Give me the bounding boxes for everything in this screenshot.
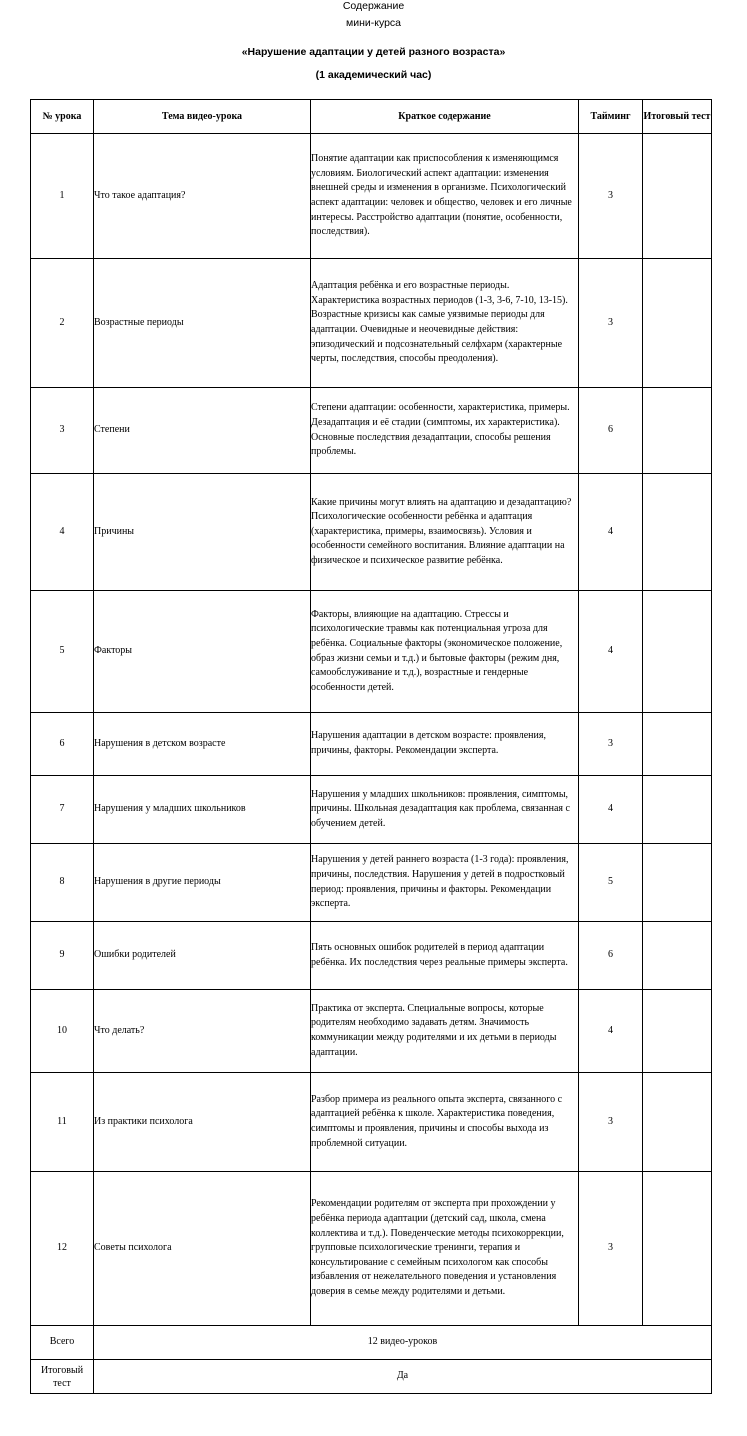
- table-row: 11Из практики психологаРазбор примера из…: [31, 1073, 712, 1172]
- lesson-summary: Нарушения адаптации в детском возрасте: …: [311, 713, 579, 776]
- table-row: 8Нарушения в другие периодыНарушения у д…: [31, 844, 712, 922]
- lesson-topic: Нарушения у младших школьников: [94, 776, 311, 844]
- table-row: 12Советы психологаРекомендации родителям…: [31, 1172, 712, 1326]
- total-row: Всего 12 видео-уроков: [31, 1326, 712, 1360]
- lesson-topic: Факторы: [94, 591, 311, 713]
- lesson-final-test: [643, 990, 712, 1073]
- lesson-number: 11: [31, 1073, 94, 1172]
- total-label: Всего: [31, 1326, 94, 1360]
- column-header-lesson-number: № урока: [31, 100, 94, 134]
- final-test-value: Да: [94, 1360, 712, 1394]
- lesson-number: 3: [31, 388, 94, 474]
- lesson-timing: 4: [579, 990, 643, 1073]
- lesson-timing: 4: [579, 776, 643, 844]
- lesson-number: 5: [31, 591, 94, 713]
- lesson-summary: Разбор примера из реального опыта экспер…: [311, 1073, 579, 1172]
- lesson-final-test: [643, 1073, 712, 1172]
- lesson-final-test: [643, 474, 712, 591]
- lesson-topic: Нарушения в детском возрасте: [94, 713, 311, 776]
- total-value: 12 видео-уроков: [94, 1326, 712, 1360]
- lesson-final-test: [643, 776, 712, 844]
- table-row: 3СтепениСтепени адаптации: особенности, …: [31, 388, 712, 474]
- final-test-label: Итоговый тест: [31, 1360, 94, 1394]
- lesson-summary: Факторы, влияющие на адаптацию. Стрессы …: [311, 591, 579, 713]
- lesson-final-test: [643, 844, 712, 922]
- table-row: 4ПричиныКакие причины могут влиять на ад…: [31, 474, 712, 591]
- lesson-number: 2: [31, 259, 94, 388]
- lesson-summary: Нарушения у младших школьников: проявлен…: [311, 776, 579, 844]
- lesson-final-test: [643, 922, 712, 990]
- lesson-number: 7: [31, 776, 94, 844]
- lesson-number: 9: [31, 922, 94, 990]
- doc-heading-line2: мини-курса: [0, 17, 747, 29]
- lesson-summary: Рекомендации родителям от эксперта при п…: [311, 1172, 579, 1326]
- lesson-topic: Из практики психолога: [94, 1073, 311, 1172]
- course-duration: (1 академический час): [0, 69, 747, 81]
- lesson-summary: Какие причины могут влиять на адаптацию …: [311, 474, 579, 591]
- lesson-timing: 4: [579, 591, 643, 713]
- table-row: 2Возрастные периодыАдаптация ребёнка и е…: [31, 259, 712, 388]
- lesson-timing: 3: [579, 259, 643, 388]
- lesson-timing: 3: [579, 1172, 643, 1326]
- lesson-final-test: [643, 388, 712, 474]
- lesson-summary: Адаптация ребёнка и его возрастные перио…: [311, 259, 579, 388]
- lesson-number: 8: [31, 844, 94, 922]
- column-header-timing: Тайминг: [579, 100, 643, 134]
- lesson-timing: 3: [579, 713, 643, 776]
- lesson-number: 12: [31, 1172, 94, 1326]
- table-row: 9Ошибки родителейПять основных ошибок ро…: [31, 922, 712, 990]
- lesson-timing: 3: [579, 134, 643, 259]
- column-header-summary: Краткое содержание: [311, 100, 579, 134]
- lesson-timing: 3: [579, 1073, 643, 1172]
- lesson-number: 6: [31, 713, 94, 776]
- lesson-topic: Нарушения в другие периоды: [94, 844, 311, 922]
- table-row: 7Нарушения у младших школьниковНарушения…: [31, 776, 712, 844]
- lesson-topic: Что делать?: [94, 990, 311, 1073]
- lesson-number: 10: [31, 990, 94, 1073]
- column-header-final-test: Итоговый тест: [643, 100, 712, 134]
- lesson-topic: Возрастные периоды: [94, 259, 311, 388]
- lesson-timing: 4: [579, 474, 643, 591]
- lesson-summary: Пять основных ошибок родителей в период …: [311, 922, 579, 990]
- column-header-topic: Тема видео-урока: [94, 100, 311, 134]
- lesson-number: 4: [31, 474, 94, 591]
- lesson-final-test: [643, 134, 712, 259]
- lesson-summary: Нарушения у детей раннего возраста (1-3 …: [311, 844, 579, 922]
- lesson-summary: Понятие адаптации как приспособления к и…: [311, 134, 579, 259]
- lesson-summary: Степени адаптации: особенности, характер…: [311, 388, 579, 474]
- lesson-summary: Практика от эксперта. Специальные вопрос…: [311, 990, 579, 1073]
- lesson-topic: Ошибки родителей: [94, 922, 311, 990]
- table-row: 10Что делать?Практика от эксперта. Специ…: [31, 990, 712, 1073]
- lesson-topic: Причины: [94, 474, 311, 591]
- lesson-final-test: [643, 259, 712, 388]
- lesson-timing: 6: [579, 922, 643, 990]
- lesson-timing: 6: [579, 388, 643, 474]
- lesson-topic: Советы психолога: [94, 1172, 311, 1326]
- course-title: «Нарушение адаптации у детей разного воз…: [0, 46, 747, 58]
- lesson-topic: Степени: [94, 388, 311, 474]
- table-row: 6Нарушения в детском возрастеНарушения а…: [31, 713, 712, 776]
- lesson-final-test: [643, 591, 712, 713]
- course-plan-table: № урока Тема видео-урока Краткое содержа…: [30, 99, 712, 1394]
- lesson-final-test: [643, 713, 712, 776]
- lesson-final-test: [643, 1172, 712, 1326]
- table-header-row: № урока Тема видео-урока Краткое содержа…: [31, 100, 712, 134]
- lesson-topic: Что такое адаптация?: [94, 134, 311, 259]
- lesson-timing: 5: [579, 844, 643, 922]
- final-test-row: Итоговый тест Да: [31, 1360, 712, 1394]
- table-row: 1Что такое адаптация?Понятие адаптации к…: [31, 134, 712, 259]
- doc-heading-line1: Содержание: [0, 0, 747, 12]
- lesson-number: 1: [31, 134, 94, 259]
- table-row: 5ФакторыФакторы, влияющие на адаптацию. …: [31, 591, 712, 713]
